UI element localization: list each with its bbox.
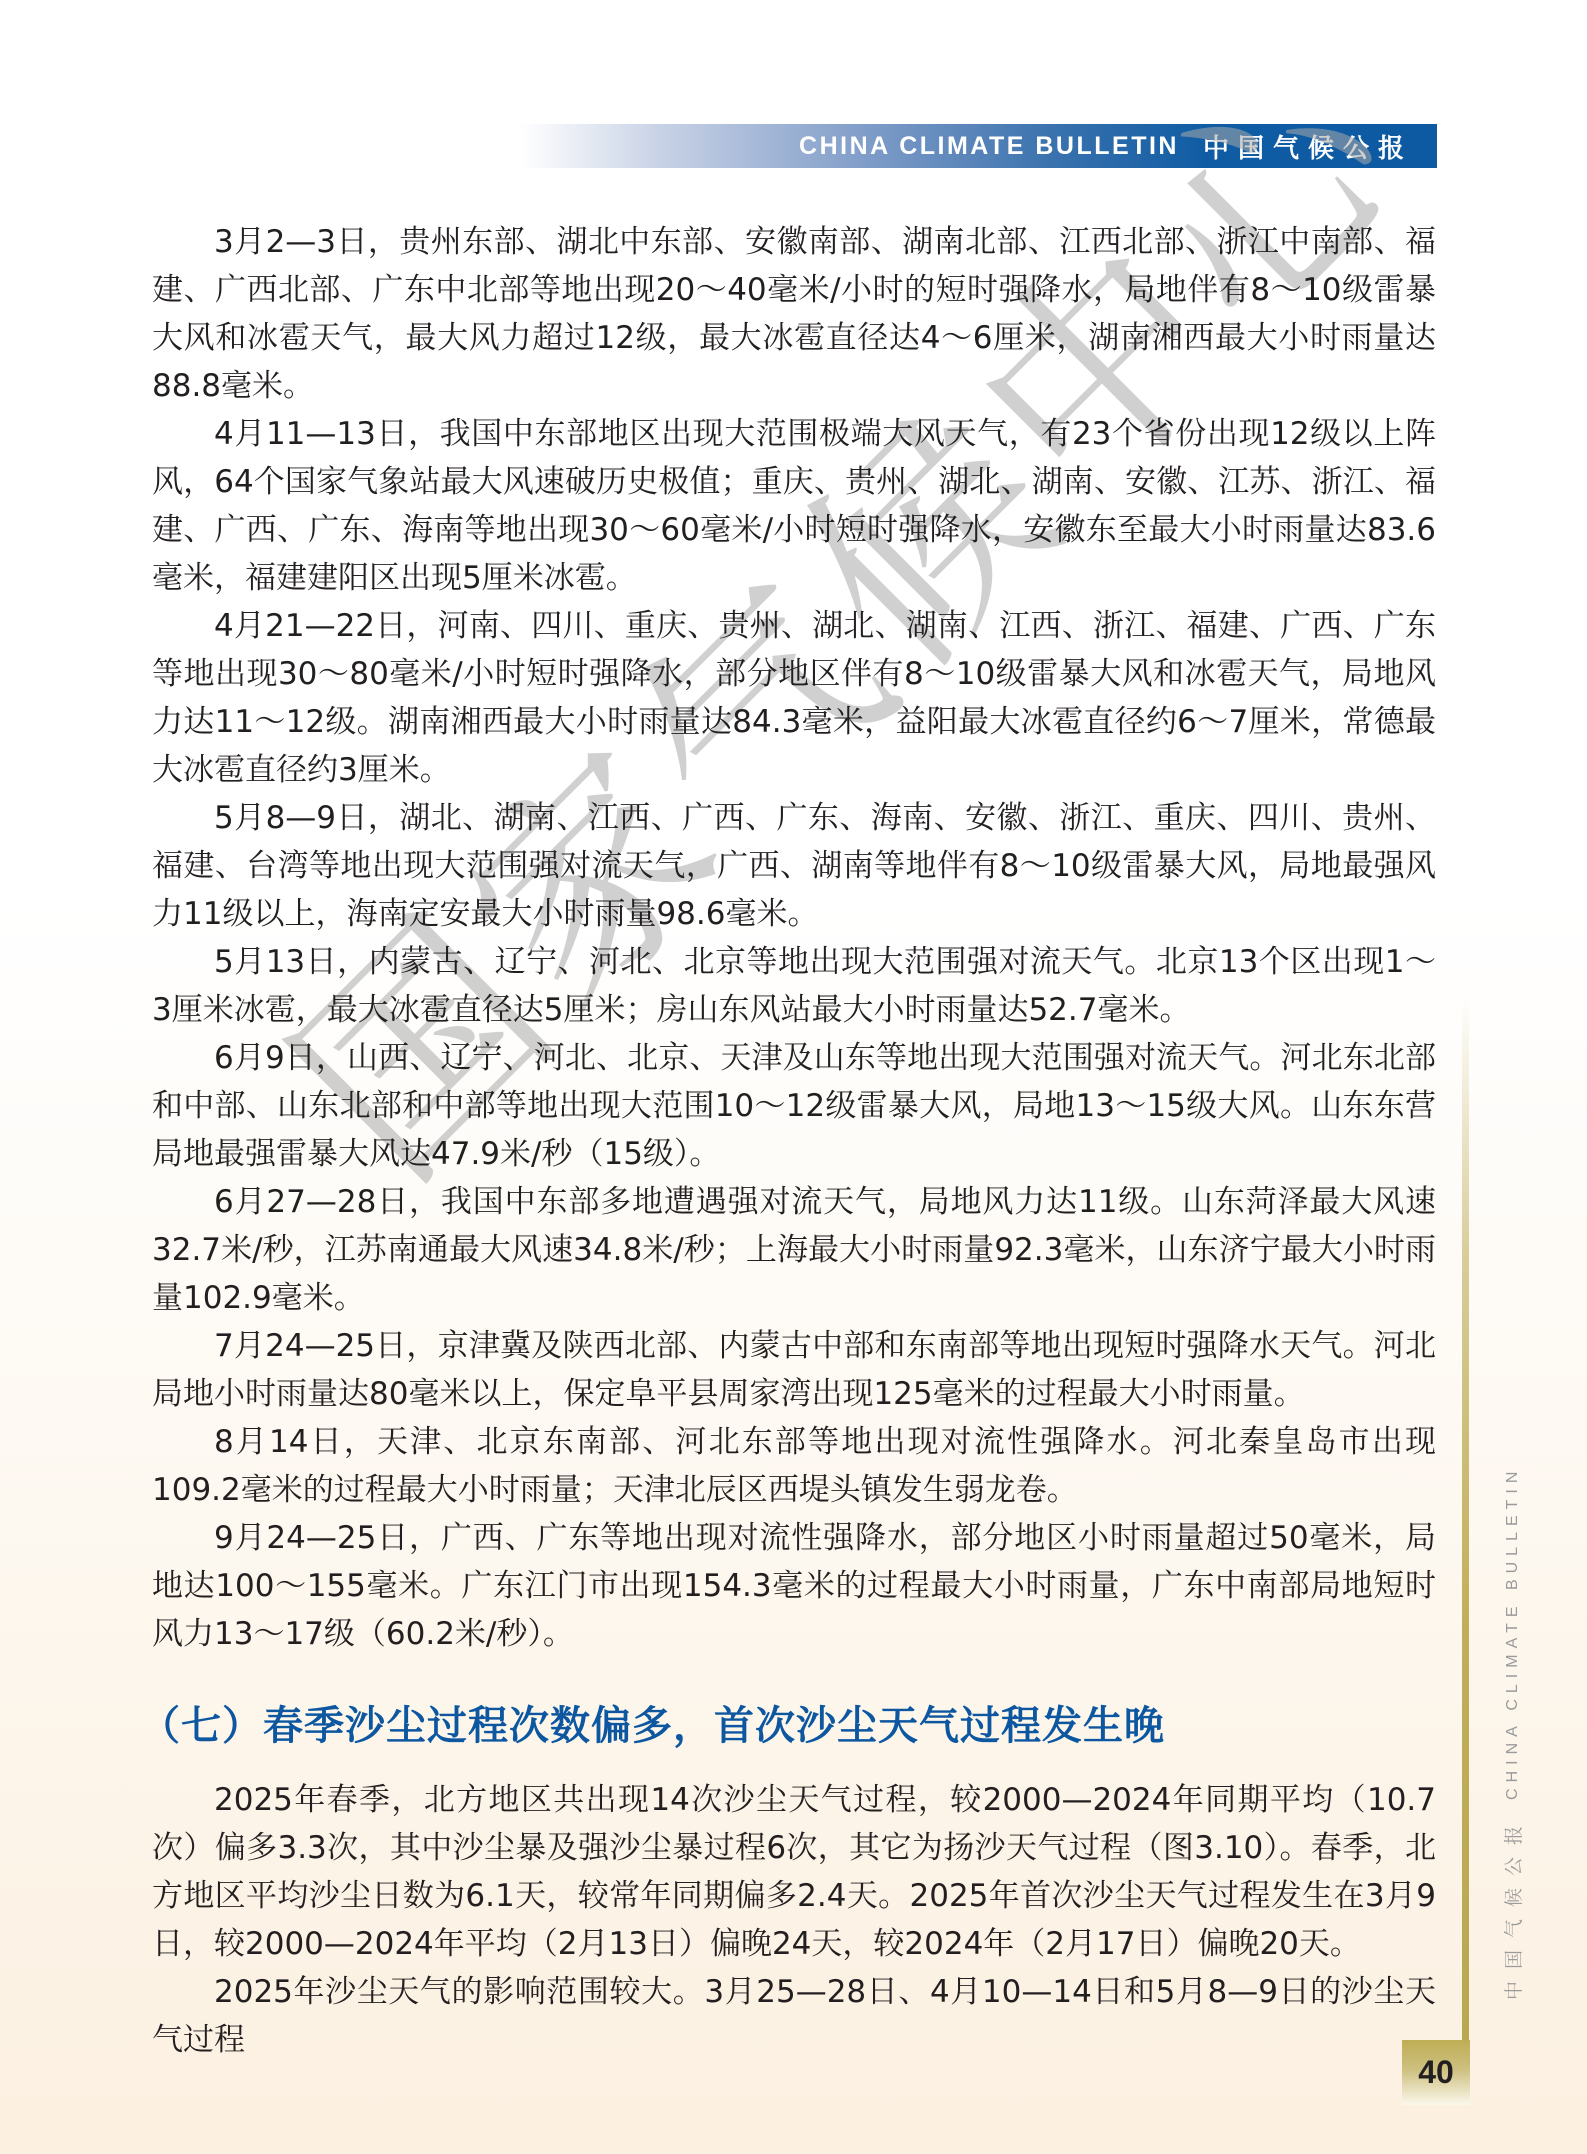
paragraph: 6月27—28日，我国中东部多地遭遇强对流天气，局地风力达11级。山东菏泽最大风… — [152, 1178, 1436, 1322]
paragraph: 3月2—3日，贵州东部、湖北中东部、安徽南部、湖南北部、江西北部、浙江中南部、福… — [152, 218, 1436, 410]
section-heading: （七）春季沙尘过程次数偏多，首次沙尘天气过程发生晚 — [140, 1696, 1436, 1756]
decorative-gold-rule — [1462, 1000, 1469, 2040]
header-title-en: CHINA CLIMATE BULLETIN — [799, 132, 1179, 161]
header-title-zh: 中国气候公报 — [1203, 128, 1413, 165]
paragraph: 2025年沙尘天气的影响范围较大。3月25—28日、4月10—14日和5月8—9… — [152, 1968, 1436, 2064]
paragraph: 7月24—25日，京津冀及陕西北部、内蒙古中部和东南部等地出现短时强降水天气。河… — [152, 1322, 1436, 1418]
paragraph: 4月11—13日，我国中东部地区出现大范围极端大风天气，有23个省份出现12级以… — [152, 410, 1436, 602]
paragraph: 6月9日，山西、辽宁、河北、北京、天津及山东等地出现大范围强对流天气。河北东北部… — [152, 1034, 1436, 1178]
header-banner: CHINA CLIMATE BULLETIN 中国气候公报 — [520, 124, 1437, 168]
paragraph: 4月21—22日，河南、四川、重庆、贵州、湖北、湖南、江西、浙江、福建、广西、广… — [152, 602, 1436, 794]
paragraph: 8月14日，天津、北京东南部、河北东部等地出现对流性强降水。河北秦皇岛市出现10… — [152, 1418, 1436, 1514]
sidebar-label-en: CHINA CLIMATE BULLETIN — [1504, 1466, 1522, 1800]
paragraph: 2025年春季，北方地区共出现14次沙尘天气过程，较2000—2024年同期平均… — [152, 1776, 1436, 1968]
vertical-sidebar-label: 中国气候公报 CHINA CLIMATE BULLETIN — [1499, 1466, 1526, 2000]
paragraph: 9月24—25日，广西、广东等地出现对流性强降水，部分地区小时雨量超过50毫米，… — [152, 1514, 1436, 1658]
paragraph: 5月13日，内蒙古、辽宁、河北、北京等地出现大范围强对流天气。北京13个区出现1… — [152, 938, 1436, 1034]
sidebar-label-zh: 中国气候公报 — [1499, 1814, 1526, 2000]
article-body: 3月2—3日，贵州东部、湖北中东部、安徽南部、湖南北部、江西北部、浙江中南部、福… — [152, 218, 1436, 2064]
paragraph: 5月8—9日，湖北、湖南、江西、广西、广东、海南、安徽、浙江、重庆、四川、贵州、… — [152, 794, 1436, 938]
